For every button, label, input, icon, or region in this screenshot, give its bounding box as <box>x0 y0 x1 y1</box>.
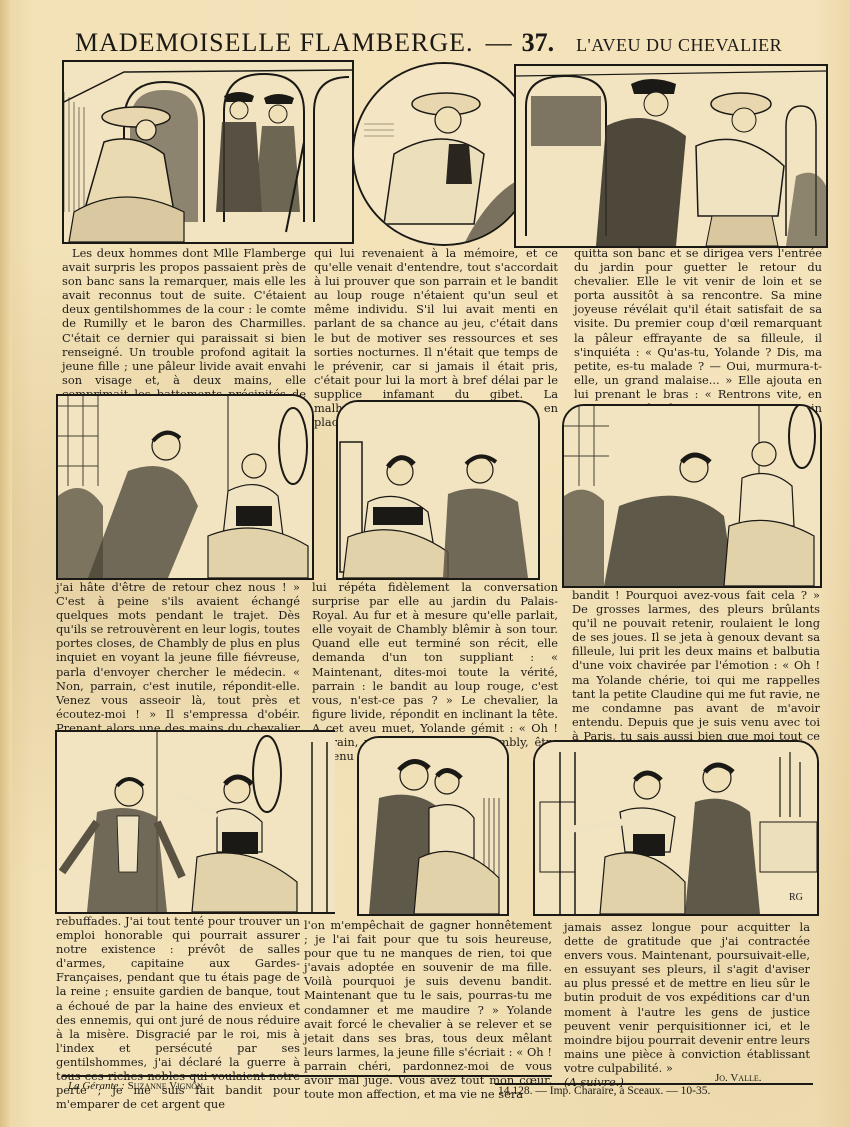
footer-rule-left <box>62 1075 552 1077</box>
illustration-row2-left <box>56 394 314 580</box>
paragraph: l'on m'empêchait de gagner honnêtement ;… <box>304 918 552 1101</box>
woman-portrait-icon <box>354 64 534 244</box>
illustration-row3-right: RG <box>533 740 819 916</box>
woman-confronts-chevalier-icon <box>338 402 538 578</box>
illustration-row1-right <box>514 64 828 248</box>
chevalier-kneeling-icon <box>564 406 820 586</box>
arcade-scene-icon <box>64 62 352 242</box>
text-column-r2c3: bandit ! Pourquoi avez-vous fait cela ? … <box>572 588 820 757</box>
episode-number: 37. <box>522 28 555 58</box>
chevalier-arms-spread-icon <box>57 732 335 912</box>
chevalier-holding-hands-icon <box>58 396 312 578</box>
woman-weeping-chevalier-icon <box>535 742 817 914</box>
text-column-r1c3: quitta son banc et se dirigea vers l'ent… <box>574 246 822 429</box>
author-signature: Jo. Valle. <box>715 1072 762 1084</box>
illustration-row3-left <box>55 730 335 914</box>
illustration-row3-middle <box>357 736 509 916</box>
manager-credit: La Gérante : Suzanne Vignon. <box>68 1080 206 1092</box>
page-edge <box>0 0 12 1127</box>
text-column-r3c3: jamais assez longue pour acquitter la de… <box>564 920 810 1089</box>
page-header: MADEMOISELLE FLAMBERGE. — 37. L'AVEU DU … <box>75 28 820 62</box>
artist-signature: RG <box>789 892 803 903</box>
garden-meeting-icon <box>516 66 826 246</box>
illustration-row2-right <box>562 404 822 588</box>
illustration-row2-middle <box>336 400 540 580</box>
manager-name: Suzanne Vignon. <box>128 1080 206 1092</box>
paragraph: jamais assez longue pour acquitter la de… <box>564 920 810 1075</box>
text-column-r3c2: l'on m'empêchait de gagner honnêtement ;… <box>304 918 552 1101</box>
manager-label: La Gérante : <box>68 1080 125 1092</box>
paragraph: quitta son banc et se dirigea vers l'ent… <box>574 246 822 429</box>
embrace-icon <box>359 738 507 914</box>
printer-info: 14.128. — Imp. Charaire, à Sceaux. — 10-… <box>498 1085 710 1097</box>
serial-title: MADEMOISELLE FLAMBERGE. <box>75 28 474 58</box>
illustration-row1-left <box>62 60 354 244</box>
illustration-row1-round-inset <box>352 62 536 246</box>
paragraph: bandit ! Pourquoi avez-vous fait cela ? … <box>572 588 820 757</box>
chapter-title: L'AVEU DU CHEVALIER <box>576 35 782 56</box>
title-dash: — <box>486 28 512 58</box>
